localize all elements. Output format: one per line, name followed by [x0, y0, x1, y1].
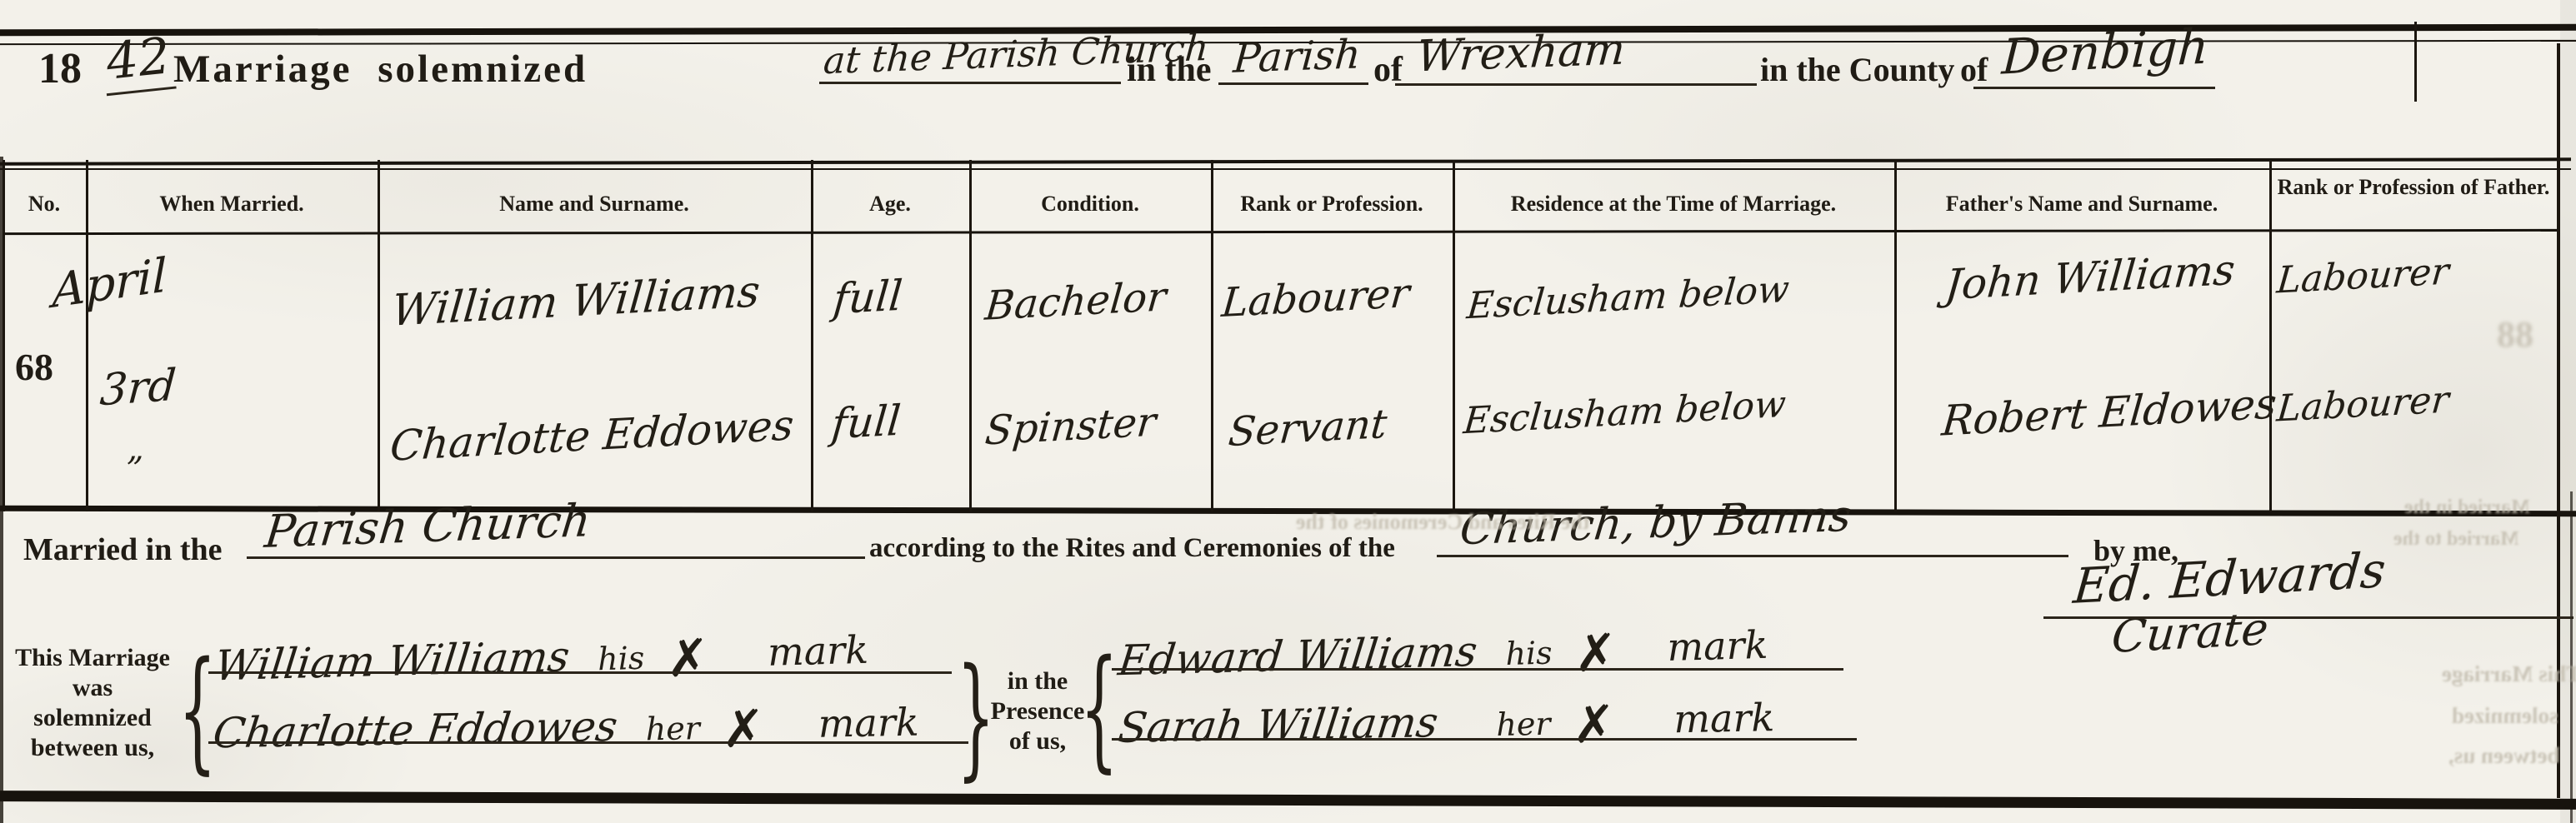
- bride-condition: Spinster: [983, 398, 1158, 454]
- col-header-residence: Residence at the Time of Marriage.: [1453, 192, 1894, 217]
- header-title: Marriage solemnized: [173, 47, 588, 92]
- witness-2-underline: [1112, 738, 1857, 741]
- groom-attestation-underline: [208, 671, 952, 674]
- witness-1-signature: Edward Williams: [1116, 627, 1480, 685]
- right-edge-shading: [2560, 0, 2576, 823]
- when-married-day: 3rd: [98, 361, 178, 416]
- bride-mark-word: mark: [818, 700, 919, 746]
- bottom-page-rule: [0, 791, 2576, 810]
- header-of-2: of: [1960, 50, 1988, 89]
- parish-label-written: Parish: [1232, 31, 1362, 82]
- solemnized-label: This Marriage was solemnized between us,: [4, 643, 181, 763]
- top-right-page-edge: [2414, 22, 2417, 102]
- groom-name: William Williams: [390, 267, 763, 336]
- groom-rank: Labourer: [1220, 270, 1412, 327]
- rites-label: according to the Rites and Ceremonies of…: [869, 533, 1395, 564]
- table-top-rule-thick: [0, 157, 2571, 165]
- groom-residence: Esclusham below: [1465, 268, 1791, 328]
- witness-1-cross-mark: ✗: [1573, 622, 1618, 684]
- when-married-month: April: [53, 248, 168, 319]
- groom-cross-mark: ✗: [665, 627, 710, 689]
- solemnized-label-line-2: was: [4, 673, 181, 703]
- col-header-father-name: Father's Name and Surname.: [1894, 192, 2269, 217]
- groom-attestation-line: William Williams his ✗ mark: [214, 615, 869, 692]
- col-header-no: No.: [3, 192, 86, 217]
- witness-2-line: Sarah Williams her ✗ mark: [1118, 682, 1774, 755]
- when-married-ditto-mark: „: [127, 430, 144, 468]
- year-printed: 18: [38, 44, 82, 93]
- solemnized-label-line-1: This Marriage: [4, 643, 181, 673]
- year-written: 42: [100, 27, 177, 96]
- witness-1-underline: [1112, 668, 1843, 671]
- bleed-fragment-married-1: Married in the: [2404, 496, 2530, 519]
- witness-2-mark-word: mark: [1673, 695, 1775, 741]
- groom-mark-word: mark: [767, 627, 868, 675]
- parish-underline: [1218, 82, 1368, 85]
- officiant-underline: [2043, 616, 2573, 619]
- witness-2-signature: Sarah Williams: [1116, 698, 1441, 752]
- officiant-signature-line: Ed. Edwards Curate: [2073, 550, 2576, 659]
- groom-father-name: John Williams: [1943, 246, 2237, 310]
- witness-1-pronoun: his: [1505, 635, 1553, 672]
- witness-1-mark-word: mark: [1667, 622, 1768, 670]
- col-header-condition: Condition.: [969, 192, 1211, 217]
- county-written: Denbigh: [2000, 17, 2210, 85]
- bride-name: Charlotte Eddowes: [388, 401, 796, 471]
- header-in-the: in the: [1127, 50, 1212, 90]
- col-header-father-rank: Rank or Profession of Father.: [2272, 175, 2555, 200]
- bride-cross-mark: ✗: [721, 698, 765, 760]
- solemnized-label-line-4: between us,: [4, 733, 181, 763]
- county-label: in the County: [1760, 50, 1954, 89]
- col-header-rank-profession: Rank or Profession.: [1211, 192, 1453, 217]
- scan-left-edge: [0, 157, 3, 823]
- table-top-rule-thin: [0, 168, 2571, 170]
- presence-label: in the Presence of us,: [982, 666, 1093, 756]
- col-header-age: Age.: [811, 192, 969, 217]
- groom-age: full: [832, 272, 905, 324]
- church-written: Parish Church: [263, 494, 593, 558]
- place-underline: [819, 82, 1121, 84]
- bride-attestation-line: Charlotte Eddowes her ✗ mark: [213, 687, 919, 761]
- witness-brace-open: {: [1080, 635, 1118, 781]
- presence-label-line-3: of us,: [982, 726, 1093, 756]
- officiant-title: Curate: [2109, 602, 2270, 663]
- bleed-fragment-solemnized: solemnized: [2452, 703, 2558, 729]
- couple-brace-open: {: [178, 636, 217, 783]
- bride-rank: Servant: [1227, 401, 1389, 456]
- county-underline: [1973, 87, 2215, 89]
- bleed-fragment-this-marriage: This Marriage: [2442, 661, 2576, 687]
- col-header-name-surname: Name and Surname.: [378, 192, 811, 217]
- bride-residence: Esclusham below: [1462, 383, 1788, 443]
- bride-father-name: Robert Eldowes: [1940, 379, 2278, 445]
- groom-father-rank: Labourer: [2275, 250, 2451, 302]
- married-in-the-label: Married in the: [23, 531, 223, 568]
- parish-name-underline: [1395, 83, 1757, 86]
- witness-1-line: Edward Williams his ✗ mark: [1118, 610, 1768, 687]
- entry-number: 68: [15, 345, 53, 389]
- col-header-when-married: When Married.: [86, 192, 378, 217]
- bride-father-rank: Labourer: [2275, 378, 2451, 430]
- bleed-fragment-rites: the Rites and Ceremonies of the: [1296, 510, 1590, 535]
- presence-label-line-1: in the: [982, 666, 1093, 696]
- presence-label-line-2: Presence: [982, 696, 1093, 726]
- table-header-bottom-rule: [3, 229, 2560, 235]
- bleed-fragment-married-2: Married to the: [2393, 528, 2519, 551]
- marriage-register-scan: 18 42 Marriage solemnized at the Parish …: [0, 0, 2576, 823]
- witness-2-cross-mark: ✗: [1572, 693, 1616, 755]
- groom-signature: William Williams: [213, 632, 572, 690]
- solemnized-label-line-3: solemnized: [4, 703, 181, 733]
- church-underline: [247, 556, 865, 559]
- rites-underline: [1437, 555, 2068, 557]
- col-divider-8: [2269, 160, 2272, 511]
- parish-name-written: Wrexham: [1415, 25, 1627, 82]
- groom-condition: Bachelor: [983, 273, 1168, 330]
- bride-age: full: [830, 397, 903, 449]
- bleed-fragment-number: 88: [2497, 313, 2533, 356]
- bride-attestation-underline: [208, 741, 968, 744]
- bleed-fragment-between-us: between us,: [2448, 743, 2560, 769]
- bride-signature: Charlotte Eddowes: [211, 702, 621, 758]
